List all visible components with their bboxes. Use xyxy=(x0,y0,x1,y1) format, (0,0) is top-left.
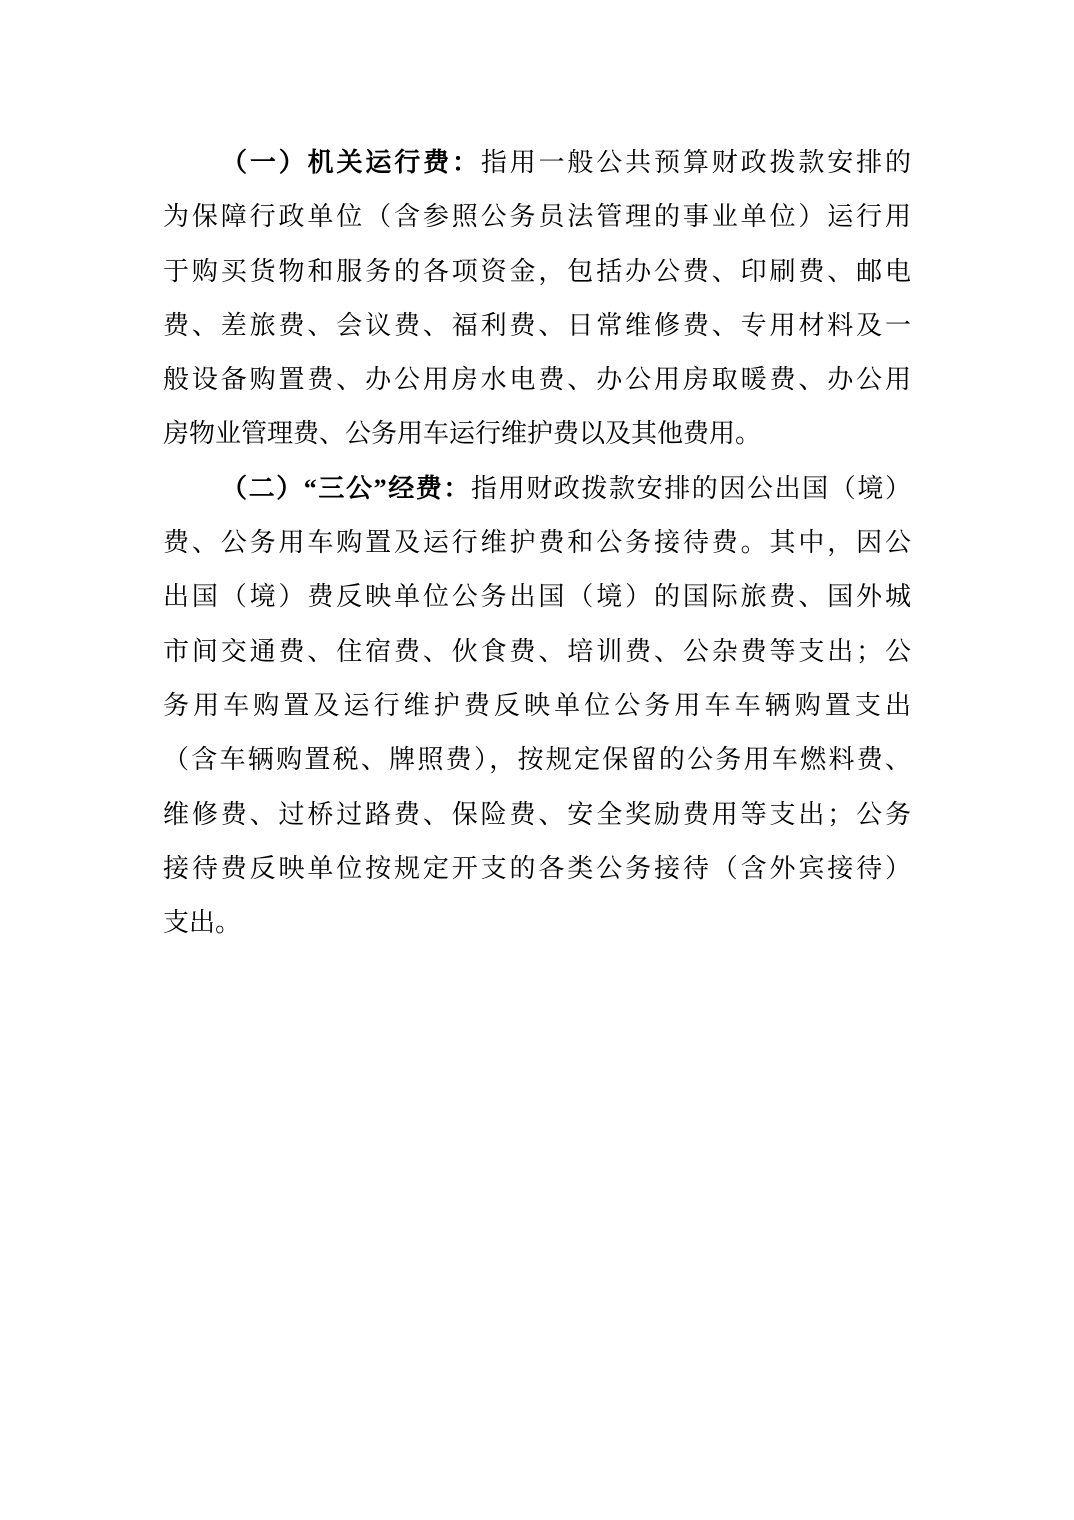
paragraph-2-line-5: 务用车购置及运行维护费反映单位公务用车车辆购置支出 xyxy=(163,679,911,733)
paragraph-2-line-4: 市间交通费、住宿费、伙食费、培训费、公杂费等支出；公 xyxy=(163,625,911,679)
paragraph-2-line-3: 出国（境）费反映单位公务出国（境）的国际旅费、国外城 xyxy=(163,570,911,624)
paragraph-2-line-8: 接待费反映单位按规定开支的各类公务接待（含外宾接待） xyxy=(163,842,911,896)
text-block: （一）机关运行费：指用一般公共预算财政拨款安排的 为保障行政单位（含参照公务员法… xyxy=(163,136,911,950)
paragraph-2-line-1-text: 指用财政拨款安排的因公出国（境） xyxy=(471,474,911,503)
paragraph-1-line-2: 为保障行政单位（含参照公务员法管理的事业单位）运行用 xyxy=(163,190,911,244)
paragraph-1-line-4: 费、差旅费、会议费、福利费、日常维修费、专用材料及一 xyxy=(163,299,911,353)
paragraph-1-line-1: （一）机关运行费：指用一般公共预算财政拨款安排的 xyxy=(163,136,911,190)
paragraph-1-line-1-text: 指用一般公共预算财政拨款安排的 xyxy=(481,148,911,177)
document-page: （一）机关运行费：指用一般公共预算财政拨款安排的 为保障行政单位（含参照公务员法… xyxy=(0,0,1074,1520)
paragraph-1-line-6: 房物业管理费、公务用车运行维护费以及其他费用。 xyxy=(163,407,911,461)
paragraph-1-heading: （一）机关运行费： xyxy=(221,148,481,177)
paragraph-2-heading: （二）“三公”经费： xyxy=(221,474,471,503)
paragraph-1-line-5: 般设备购置费、办公用房水电费、办公用房取暖费、办公用 xyxy=(163,353,911,407)
paragraph-2-line-1: （二）“三公”经费：指用财政拨款安排的因公出国（境） xyxy=(163,462,911,516)
paragraph-2-line-6: （含车辆购置税、牌照费），按规定保留的公务用车燃料费、 xyxy=(163,733,911,787)
paragraph-1-line-3: 于购买货物和服务的各项资金，包括办公费、印刷费、邮电 xyxy=(163,245,911,299)
paragraph-2-line-7: 维修费、过桥过路费、保险费、安全奖励费用等支出；公务 xyxy=(163,788,911,842)
paragraph-2-line-2: 费、公务用车购置及运行维护费和公务接待费。其中，因公 xyxy=(163,516,911,570)
paragraph-2-line-9: 支出。 xyxy=(163,896,911,950)
